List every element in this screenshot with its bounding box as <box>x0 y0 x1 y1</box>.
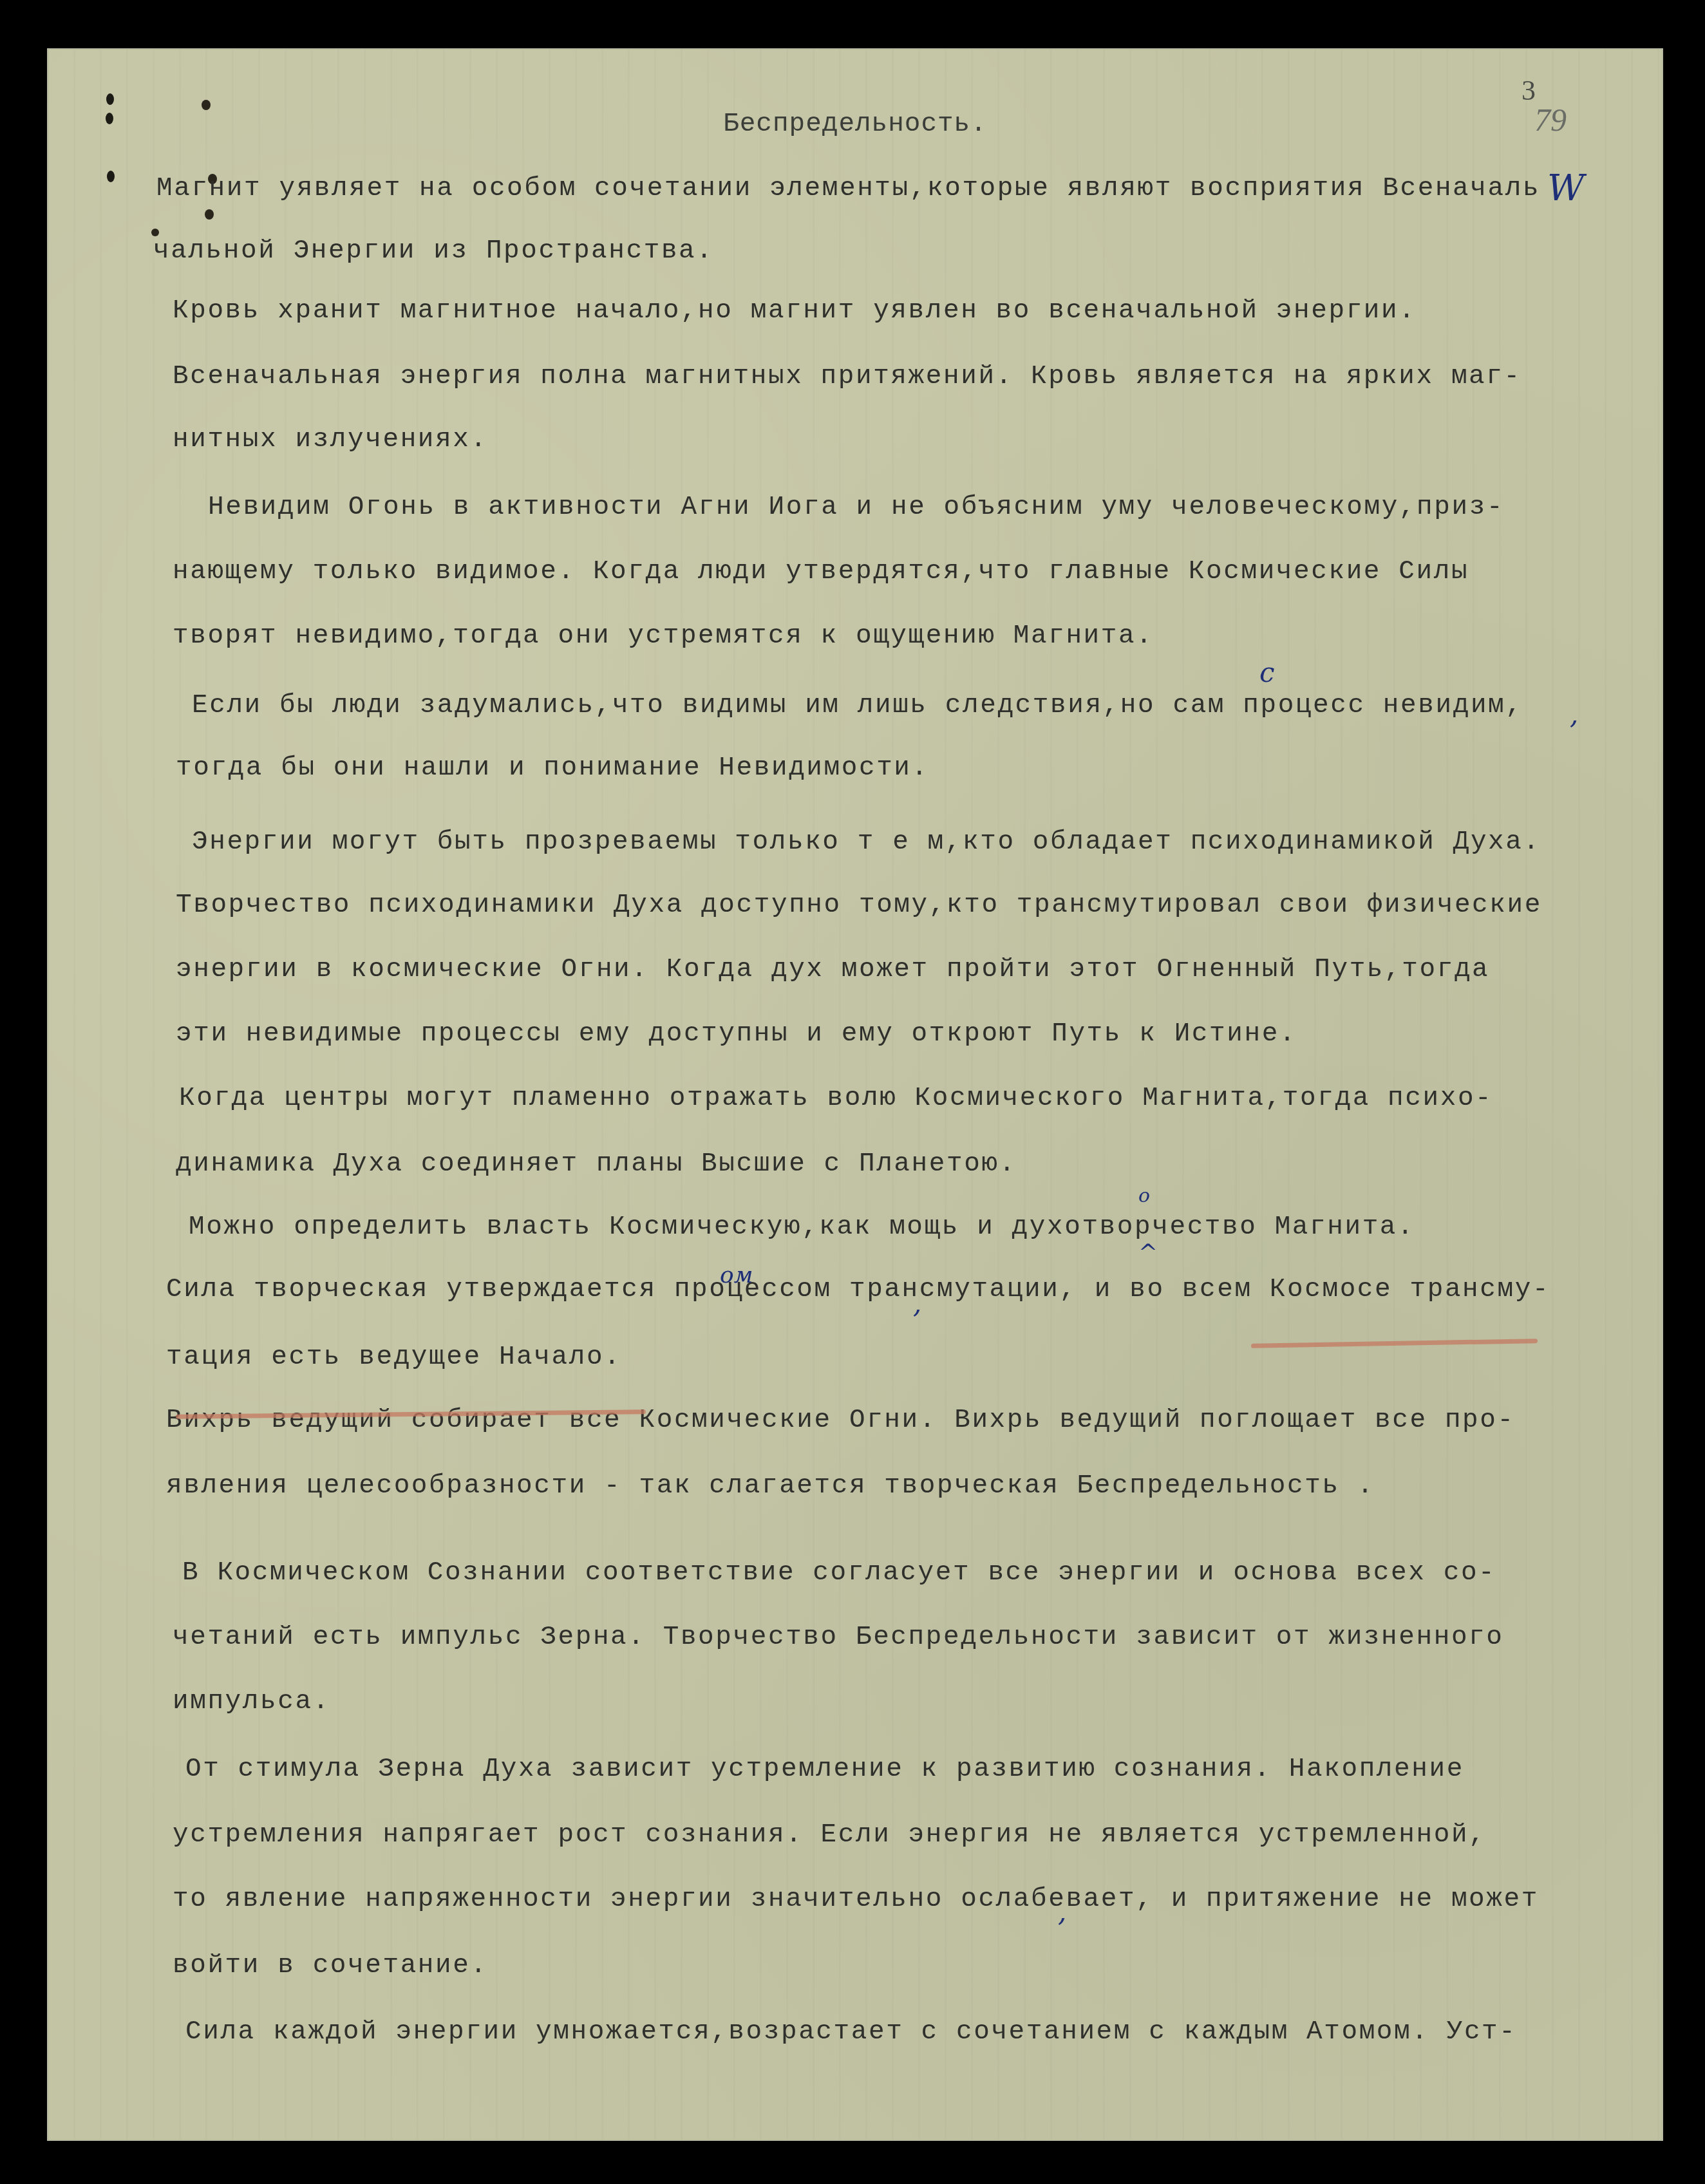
text-line: устремления напрягает рост сознания. Есл… <box>173 1820 1486 1850</box>
ink-speck <box>151 229 159 236</box>
text-line: импульса. <box>173 1687 330 1717</box>
ink-speck <box>205 209 214 220</box>
text-line: Сила творческая утверждается процессом т… <box>166 1275 1550 1304</box>
pen-correction-letter: о <box>1138 1185 1150 1207</box>
text-line: Всеначальная энергия полна магнитных при… <box>173 362 1521 391</box>
text-line: Можно определить власть Космическую,как … <box>189 1212 1415 1242</box>
text-line: творят невидимо,тогда они устремятся к о… <box>173 621 1153 651</box>
text-line: войти в сочетание. <box>173 1951 488 1981</box>
text-line: Вихрь ведущий собирает все Космические О… <box>166 1406 1515 1435</box>
text-line: От стимула Зерна Духа зависит устремлени… <box>185 1755 1464 1784</box>
pen-correction-letter: с <box>1259 657 1275 688</box>
text-line: динамика Духа соединяет планы Высшие с П… <box>176 1149 1017 1179</box>
document-page: 3 79 Беспредельность. Магнит уявляет на … <box>47 48 1663 2141</box>
text-line: тогда бы они нашли и понимание Невидимос… <box>176 753 929 783</box>
text-line: Творчество психодинамики Духа доступно т… <box>176 890 1542 920</box>
text-line: В Космическом Сознании соответствие согл… <box>182 1558 1496 1588</box>
punch-hole <box>107 171 115 182</box>
text-line: нающему только видимое. Когда люди утвер… <box>173 557 1469 587</box>
text-line: нитных излучениях. <box>173 425 488 455</box>
text-line: Кровь хранит магнитное начало,но магнит … <box>173 296 1416 326</box>
pen-correction-strike: W <box>1547 167 1585 209</box>
punch-hole <box>106 93 114 105</box>
text-line: Магнит уявляет на особом сочетании элеме… <box>156 174 1540 203</box>
ink-speck <box>202 100 211 110</box>
pen-inserted-comma: , <box>1058 1896 1066 1928</box>
red-pencil-underline <box>1251 1339 1538 1348</box>
text-line: Если бы люди задумались,что видимы им ли… <box>192 691 1523 720</box>
text-line: Сила каждой энергии умножается,возрастае… <box>185 2017 1517 2047</box>
text-line: четаний есть импульс Зерна. Творчество Б… <box>173 1623 1504 1652</box>
text-line: Энергии могут быть прозреваемы только т … <box>192 827 1541 857</box>
text-line: Когда центры могут пламенно отражать вол… <box>179 1084 1493 1113</box>
text-line: то явление напряженности энергии значите… <box>173 1885 1539 1914</box>
text-line: явления целесообразности - так слагается… <box>166 1471 1375 1501</box>
text-line: тация есть ведущее Начало. <box>166 1342 621 1372</box>
text-line: чальной Энергии из Пространства. <box>153 236 714 266</box>
document-title: Беспредельность. <box>47 109 1663 139</box>
page-number-typed: 3 <box>1521 74 1536 107</box>
text-line: Невидим Огонь в активности Агни Иога и н… <box>208 493 1504 522</box>
pen-inserted-comma: , <box>1570 699 1578 730</box>
pen-inserted-comma: , <box>913 1288 921 1319</box>
text-line: энергии в космические Огни. Когда дух мо… <box>176 955 1489 984</box>
text-line: эти невидимые процессы ему доступны и ем… <box>176 1019 1297 1049</box>
pen-correction-letter: ом <box>720 1262 753 1288</box>
pen-insert-caret: ^ <box>1138 1239 1158 1266</box>
